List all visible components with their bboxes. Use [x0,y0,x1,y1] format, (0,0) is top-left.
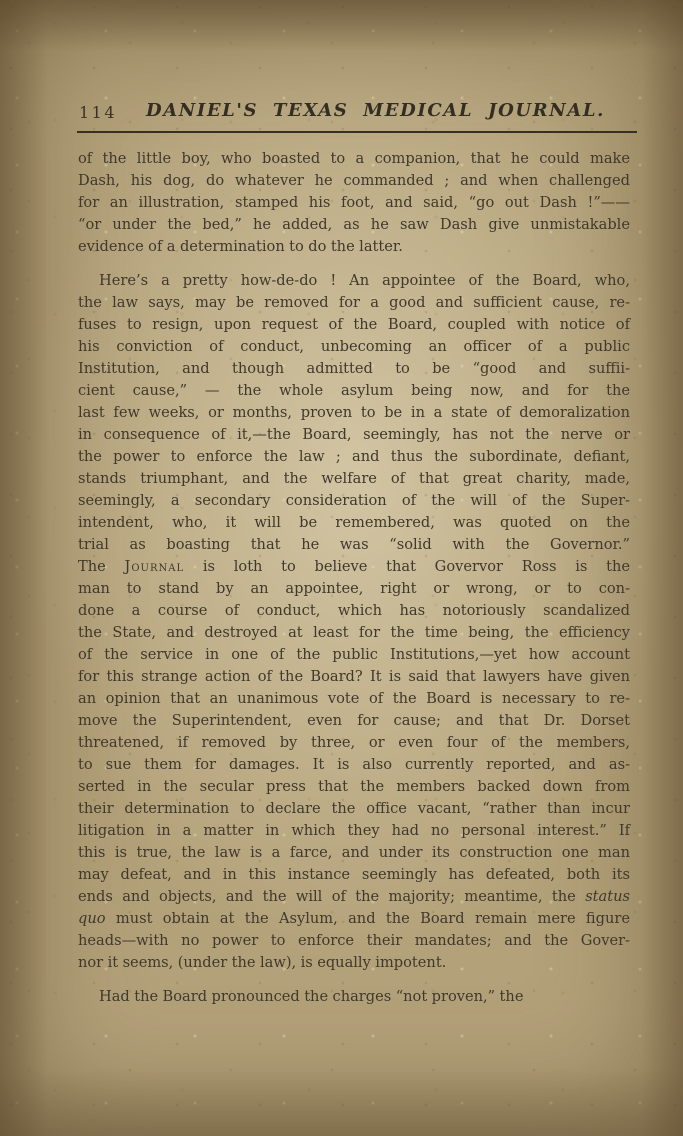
text-line: may defeat, and in this instance seeming… [78,864,630,886]
paragraph: Here’s a pretty how-de-do ! An appointee… [78,270,630,974]
text-line: Institution, and though admitted to be “… [78,358,630,380]
text-line: cient cause,” — the whole asylum being n… [78,380,630,402]
text-line: “or under the bed,” he added, as he saw … [78,214,630,236]
text-line: Here’s a pretty how-de-do ! An appointee… [78,270,630,292]
header-rule [77,131,637,133]
text-line: for this strange action of the Board? It… [78,666,630,688]
text-line: to sue them for damages. It is also curr… [78,754,630,776]
text-line: fuses to resign, upon request of the Boa… [78,314,630,336]
text-line: intendent, who, it will be remembered, w… [78,512,630,534]
small-caps-text: Journal [125,558,185,575]
text-line: man to stand by an appointee, right or w… [78,578,630,600]
text-line: Had the Board pronounced the charges “no… [78,986,630,1008]
text-line: the power to enforce the law ; and thus … [78,446,630,468]
text-line: of the little boy, who boasted to a comp… [78,148,630,170]
italic-text: quo [78,910,106,927]
text-line: done a course of conduct, which has noto… [78,600,630,622]
text-line: in consequence of it,—the Board, seeming… [78,424,630,446]
text-line: nor it seems, (under the law), is equall… [78,952,630,974]
text-line: stands triumphant, and the welfare of th… [78,468,630,490]
text-line: of the service in one of the public Inst… [78,644,630,666]
text-line: threatened, if removed by three, or even… [78,732,630,754]
paragraph: Had the Board pronounced the charges “no… [78,986,630,1008]
text-line: trial as boasting that he was “solid wit… [78,534,630,556]
text-line: evidence of a determination to do the la… [78,236,630,258]
paragraph: of the little boy, who boasted to a comp… [78,148,630,258]
text-line: heads—with no power to enforce their man… [78,930,630,952]
text-line: quo must obtain at the Asylum, and the B… [78,908,630,930]
text-line: the State, and destroyed at least for th… [78,622,630,644]
text-line: last few weeks, or months, proven to be … [78,402,630,424]
italic-text: status [585,888,630,905]
text-line: move the Superintendent, even for cause;… [78,710,630,732]
scanned-page: 114 DANIEL'S TEXAS MEDICAL JOURNAL. of t… [0,0,683,1136]
text-line: The Journal is loth to believe that Gove… [78,556,630,578]
text-line: litigation in a matter in which they had… [78,820,630,842]
text-line: an opinion that an unanimous vote of the… [78,688,630,710]
text-line: serted in the secular press that the mem… [78,776,630,798]
journal-title: DANIEL'S TEXAS MEDICAL JOURNAL. [146,100,605,121]
text-line: his conviction of conduct, unbecoming an… [78,336,630,358]
text-line: seemingly, a secondary consideration of … [78,490,630,512]
text-line: this is true, the law is a farce, and un… [78,842,630,864]
page-body: of the little boy, who boasted to a comp… [78,148,630,1020]
page-header: 114 DANIEL'S TEXAS MEDICAL JOURNAL. [0,100,683,134]
text-line: Dash, his dog, do whatever he commanded … [78,170,630,192]
text-line: ends and objects, and the will of the ma… [78,886,630,908]
page-number: 114 [79,103,117,122]
text-line: for an illustration, stamped his foot, a… [78,192,630,214]
text-line: their determination to declare the offic… [78,798,630,820]
text-line: the law says, may be removed for a good … [78,292,630,314]
